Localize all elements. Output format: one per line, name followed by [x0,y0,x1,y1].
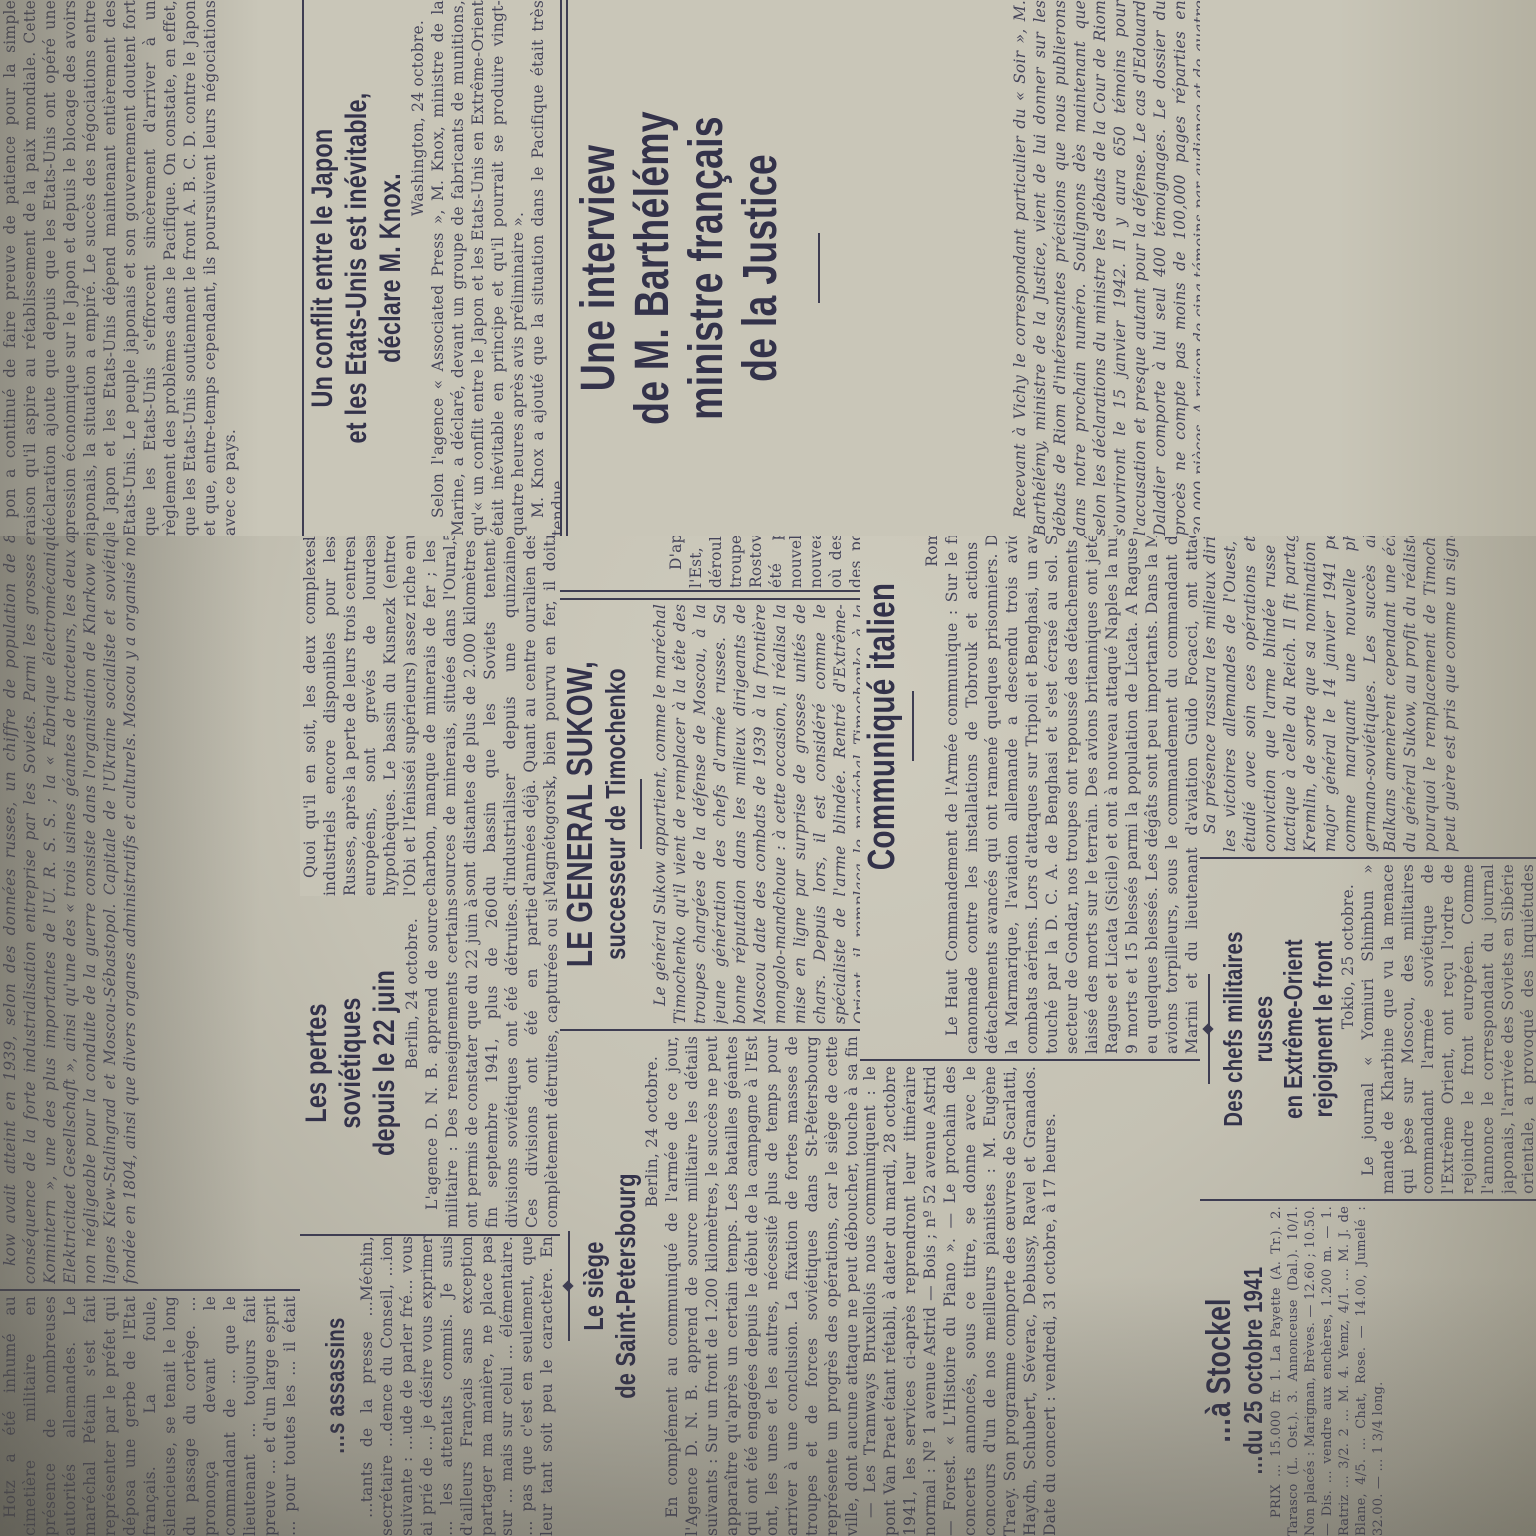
stockel-headline-1: …à Stockel [1200,1242,1238,1499]
column-divider [560,1029,860,1031]
article-hotz: Hotz a été inhumé au cimetière militaire… [0,1296,300,1536]
article-pacifique: pon a continué de faire preuve de patien… [0,0,300,536]
barthelemy-headline-2: de M. Barthélémy [626,59,680,477]
japon-dateline: Washington, 24 octobre. [408,20,428,536]
barthelemy-headline-4: de la Justice [734,59,788,477]
double-rule [560,0,568,536]
ornament-rule [568,1231,570,1341]
column-divider [0,1289,300,1291]
article-assassins: …s assassins …tants de la presse …Méchin… [300,1236,560,1536]
assassins-body: …tants de la presse …Méchin, secrétaire … [357,1236,560,1536]
stockel-headline-2: …du 25 octobre 1941 [1238,1242,1268,1499]
tramways-body: — Les Tramways Bruxellois nous communiqu… [860,1066,1060,1536]
sukow-headline-2: successeur de Timochenko [600,650,632,978]
assassins-headline: …s assassins [320,1269,351,1503]
double-rule [560,590,860,600]
article-barthelemy: Une interview de M. Barthélémy ministre … [572,0,812,536]
siege-headline-2: de Saint-Petersbourg [610,1091,642,1481]
pertes-body: L'agence D. N. B. apprend de source mili… [422,898,560,1228]
newspaper-page: Hotz a été inhumé au cimetière militaire… [0,0,1536,1536]
article-sukow: LE GENERAL SUKOW, successeur de Timochen… [560,604,860,1024]
article-tramways: — Les Tramways Bruxellois nous communiqu… [860,1066,1200,1536]
japon-body: Selon l'agence « Associated Press », M. … [428,0,528,536]
barthelemy-headline-3: ministre français [680,59,734,477]
article-siege: Le siège de Saint-Petersbourg Berlin, 24… [560,1036,860,1536]
article-pertes-sovietiques: Les pertes soviétiques depuis le 22 juin… [300,898,560,1228]
article-stockel: …à Stockel …du 25 octobre 1941 PRIX … 15… [1200,1206,1536,1536]
communique-headline: Communiqué italien [860,471,904,982]
japon-body-2: M. Knox a ajouté que la situation dans l… [528,0,560,536]
siege-dateline: Berlin, 24 octobre. [642,1056,662,1536]
article-chefs-militaires: Des chefs militaires russes en Extrême-O… [1200,864,1536,1194]
short-rule [818,233,820,303]
ornament-rule [1208,974,1210,1084]
pertes-headline-2: depuis le 22 juin [368,934,402,1191]
short-rule [640,779,642,849]
sukow-headline-1: LE GENERAL SUKOW, [560,650,600,978]
column-divider [860,1059,1200,1061]
japon-headline-1: Un conflit entre le Japon [306,59,340,477]
pacifique-body: pon a continué de faire preuve de patien… [0,0,240,536]
chefs-headline-2: en Extrême-Orient rejoignent le front [1278,900,1338,1157]
chefs-body: Le journal « Yomiuri Shimbun » mande de … [1358,864,1536,1194]
column-divider [1200,857,1536,859]
article-industrie-main: Quoi qu'il en soit, les deux complexes i… [300,540,560,896]
pertes-dateline: Berlin, 24 octobre. [402,918,422,1228]
industrie-body: Quoi qu'il en soit, les deux complexes i… [300,540,560,896]
chefs-headline-1: Des chefs militaires russes [1218,900,1278,1157]
stockel-body: PRIX … 15.000 fr. 1. La Payette (A. Tr.)… [1268,1206,1387,1536]
short-rule [912,692,914,762]
chefs-dateline: Tokio, 25 octobre. [1338,884,1358,1194]
pertes-headline-1: Les pertes soviétiques [300,934,368,1191]
right-page-block: pon a continué de faire preuve de patien… [0,0,1536,536]
article-japon-conflit: Un conflit entre le Japon et les Etats-U… [306,0,560,536]
siege-headline-1: Le siège [578,1091,610,1481]
column-divider [1200,1199,1536,1201]
siege-body: En complément au communiqué de l'armée d… [662,1036,860,1536]
hotz-body: Hotz a été inhumé au cimetière militaire… [0,1296,300,1536]
row-divider [302,0,304,536]
barthelemy-headline-1: Une interview [572,59,626,477]
japon-headline-3: déclare M. Knox. [374,59,408,477]
column-divider [300,1234,560,1236]
article-barthelemy-body: Recevant à Vichy le correspondant partic… [1010,0,1200,536]
japon-headline-2: et les Etats-Unis est inévitable, [340,59,374,477]
barthelemy-body: Recevant à Vichy le correspondant partic… [1010,0,1200,536]
sukow-body: Le général Sukow appartient, comme le ma… [650,604,860,1024]
